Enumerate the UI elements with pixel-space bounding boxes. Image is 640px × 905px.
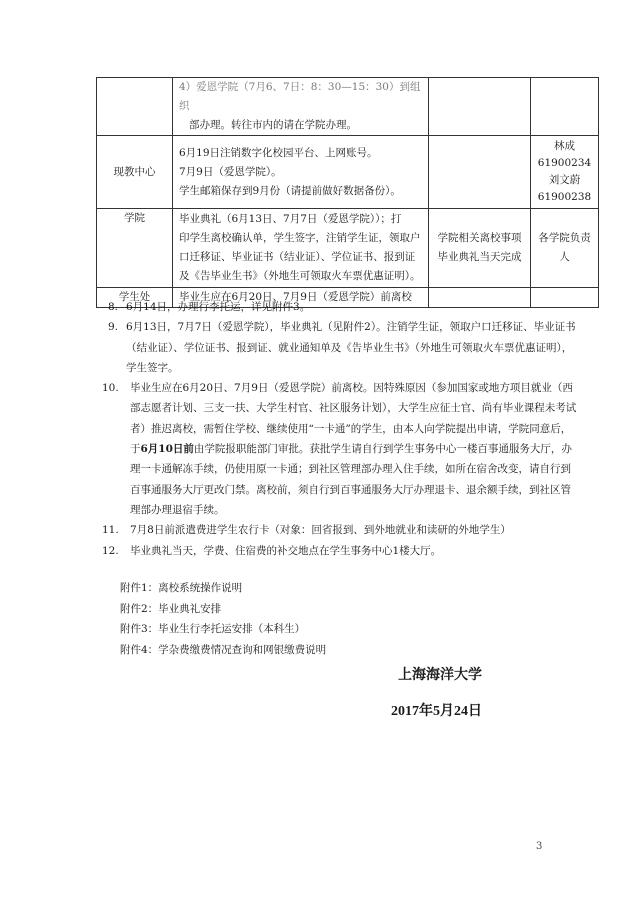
- item-text: 6月13日，7月7日（爱恩学院），毕业典礼（见附件2）。注销学生证，领取户口迁移…: [126, 321, 576, 374]
- attachment-item: 附件3：毕业生行李托运安排（本科生）: [120, 619, 326, 640]
- time-cell: 学院相关离校事项 毕业典礼当天完成: [429, 209, 531, 288]
- item-number: 8.: [108, 297, 118, 317]
- item-number: 10.: [102, 378, 119, 398]
- time-cell: [429, 136, 531, 209]
- content-line: 口迁移证、毕业证书（结业证）、学位证书、报到证: [179, 248, 422, 267]
- content-line: 4）爱恩学院（7月6、7日：8：30—15：30）到组织: [179, 81, 420, 112]
- attachment-item: 附件4：学杂费缴费情况查询和网银缴费说明: [120, 640, 326, 661]
- item-text: 7月8日前派遣费进学生农行卡（对象：回省报到、到外地就业和读研的外地学生）: [130, 524, 511, 536]
- contact-name: 刘文蔚: [537, 172, 592, 189]
- content-line: 及《告毕业生书》（外地生可领取火车票优惠证明）。: [179, 267, 422, 286]
- contact-name: 林成: [537, 138, 592, 155]
- attachments-list: 附件1：离校系统操作说明 附件2：毕业典礼安排 附件3：毕业生行李托运安排（本科…: [120, 578, 326, 660]
- time-line: 毕业典礼当天完成: [435, 248, 524, 267]
- table-row: 4）爱恩学院（7月6、7日：8：30—15：30）到组织 部办理。转往市内的请在…: [97, 78, 599, 136]
- content-line: 部办理。转往市内的请在学院办理。: [179, 116, 422, 135]
- item-number: 11.: [102, 520, 119, 540]
- content-line: 印学生离校确认单，学生签字，注销学生证，领取户: [179, 229, 422, 248]
- list-item-11: 11. 7月8日前派遣费进学生农行卡（对象：回省报到、到外地就业和读研的外地学生…: [108, 520, 578, 540]
- contact-phone: 61900234: [537, 155, 592, 172]
- page-number: 3: [536, 841, 542, 852]
- signature-organization: 上海海洋大学: [398, 664, 482, 684]
- contact-cell: 各学院负责 人: [531, 209, 599, 288]
- dept-cell: 学院: [97, 209, 173, 288]
- document-page: 4）爱恩学院（7月6、7日：8：30—15：30）到组织 部办理。转往市内的请在…: [0, 0, 640, 905]
- numbered-list: 8. 6月14日，办理行李托运，详见附件3。 9. 6月13日，7月7日（爱恩学…: [108, 297, 578, 561]
- contact-phone: 61900238: [537, 189, 592, 206]
- attachment-item: 附件1：离校系统操作说明: [120, 578, 326, 599]
- contact-cell: 林成 61900234 刘文蔚 61900238: [531, 136, 599, 209]
- item-text: 由学院报职能部门审批。获批学生请自行到学生事务中心一楼百事通服务大厅，办理一卡通…: [130, 443, 572, 516]
- list-item-10: 10. 毕业生应在6月20日、7月9日（爱恩学院）前离校。因特殊原因（参加国家或…: [108, 378, 578, 520]
- item-number: 9.: [108, 317, 118, 337]
- list-item-12: 12. 毕业典礼当天，学费、住宿费的补交地点在学生事务中心1楼大厅。: [108, 541, 578, 561]
- list-item-9: 9. 6月13日，7月7日（爱恩学院），毕业典礼（见附件2）。注销学生证，领取户…: [108, 317, 578, 378]
- time-line: 学院相关离校事项: [435, 229, 524, 248]
- table-row: 学院 毕业典礼（6月13日、7月7日（爱恩学院））；打 印学生离校确认单，学生签…: [97, 209, 599, 288]
- contact-line: 各学院负责: [537, 229, 592, 248]
- attachment-item: 附件2：毕业典礼安排: [120, 599, 326, 620]
- dept-cell: [97, 78, 173, 136]
- content-line: 7月9日（爱恩学院）。: [179, 163, 422, 182]
- item-number: 12.: [102, 541, 119, 561]
- contact-line: 人: [537, 248, 592, 267]
- list-item-8: 8. 6月14日，办理行李托运，详见附件3。: [108, 297, 578, 317]
- signature-date: 2017年5月24日: [391, 700, 482, 720]
- content-cell: 毕业典礼（6月13日、7月7日（爱恩学院））；打 印学生离校确认单，学生签字，注…: [173, 209, 429, 288]
- schedule-table: 4）爱恩学院（7月6、7日：8：30—15：30）到组织 部办理。转往市内的请在…: [96, 77, 599, 308]
- deadline-emphasis: 6月10日前: [141, 443, 194, 455]
- content-line: 学生邮箱保存到9月份（请提前做好数据备份）。: [179, 182, 422, 201]
- time-cell: [429, 78, 531, 136]
- contact-cell: [531, 78, 599, 136]
- content-line: 6月19日注销数字化校园平台、上网账号。: [179, 144, 422, 163]
- item-text: 毕业典礼当天，学费、住宿费的补交地点在学生事务中心1楼大厅。: [130, 545, 441, 557]
- item-text: 6月14日，办理行李托运，详见附件3。: [126, 301, 310, 313]
- content-line: 毕业典礼（6月13日、7月7日（爱恩学院））；打: [179, 210, 422, 229]
- content-cell: 6月19日注销数字化校园平台、上网账号。 7月9日（爱恩学院）。 学生邮箱保存到…: [173, 136, 429, 209]
- content-cell: 4）爱恩学院（7月6、7日：8：30—15：30）到组织 部办理。转往市内的请在…: [173, 78, 429, 136]
- dept-cell: 现教中心: [97, 136, 173, 209]
- table-row: 现教中心 6月19日注销数字化校园平台、上网账号。 7月9日（爱恩学院）。 学生…: [97, 136, 599, 209]
